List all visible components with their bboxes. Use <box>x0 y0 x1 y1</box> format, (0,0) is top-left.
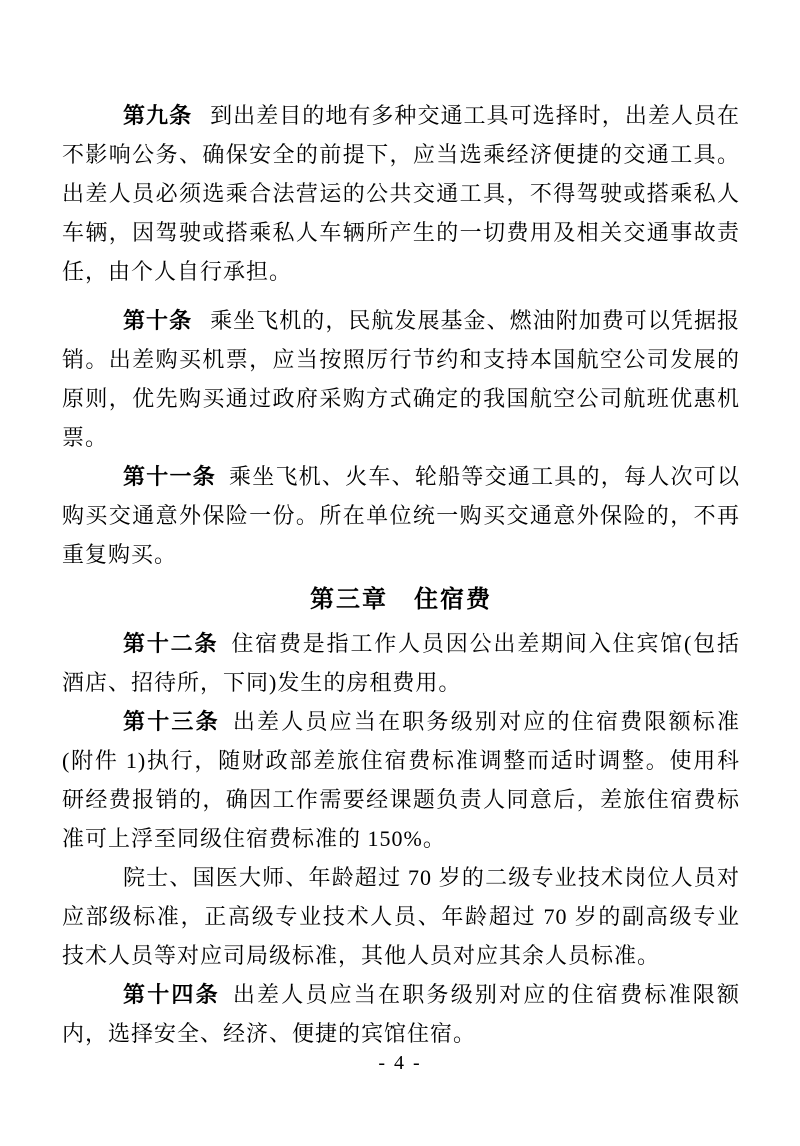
article-paragraph-13: 第十三条出差人员应当在职务级别对应的住宿费限额标准(附件 1)执行，随财政部差旅… <box>62 702 740 858</box>
document-page: 第九条到出差目的地有多种交通工具可选择时，出差人员在不影响公务、确保安全的前提下… <box>0 0 800 1146</box>
plain-paragraph-academicians: 院士、国医大师、年龄超过 70 岁的二级专业技术岗位人员对应部级标准，正高级专业… <box>62 858 740 975</box>
article-paragraph-14: 第十四条出差人员应当在职务级别对应的住宿费标准限额内，选择安全、经济、便捷的宾馆… <box>62 975 740 1053</box>
chapter-heading: 第三章 住宿费 <box>62 580 740 620</box>
article-number-13: 第十三条 <box>123 709 220 734</box>
article-paragraph-10: 第十条乘坐飞机的，民航发展基金、燃油附加费可以凭据报销。出差购买机票，应当按照厉… <box>62 301 740 457</box>
page-number: - 4 - <box>0 1052 800 1074</box>
article-paragraph-11: 第十一条乘坐飞机、火车、轮船等交通工具的，每人次可以购买交通意外保险一份。所在单… <box>62 457 740 574</box>
article-paragraph-9: 第九条到出差目的地有多种交通工具可选择时，出差人员在不影响公务、确保安全的前提下… <box>62 96 740 291</box>
article-number-12: 第十二条 <box>123 631 218 656</box>
article-number-11: 第十一条 <box>123 464 216 489</box>
plain-paragraph-text: 院士、国医大师、年龄超过 70 岁的二级专业技术岗位人员对应部级标准，正高级专业… <box>62 865 740 968</box>
article-text-9: 到出差目的地有多种交通工具可选择时，出差人员在不影响公务、确保安全的前提下，应当… <box>62 103 740 284</box>
article-paragraph-12: 第十二条住宿费是指工作人员因公出差期间入住宾馆(包括酒店、招待所，下同)发生的房… <box>62 624 740 702</box>
article-number-9: 第九条 <box>123 103 192 128</box>
article-number-14: 第十四条 <box>123 982 220 1007</box>
article-number-10: 第十条 <box>123 308 192 333</box>
